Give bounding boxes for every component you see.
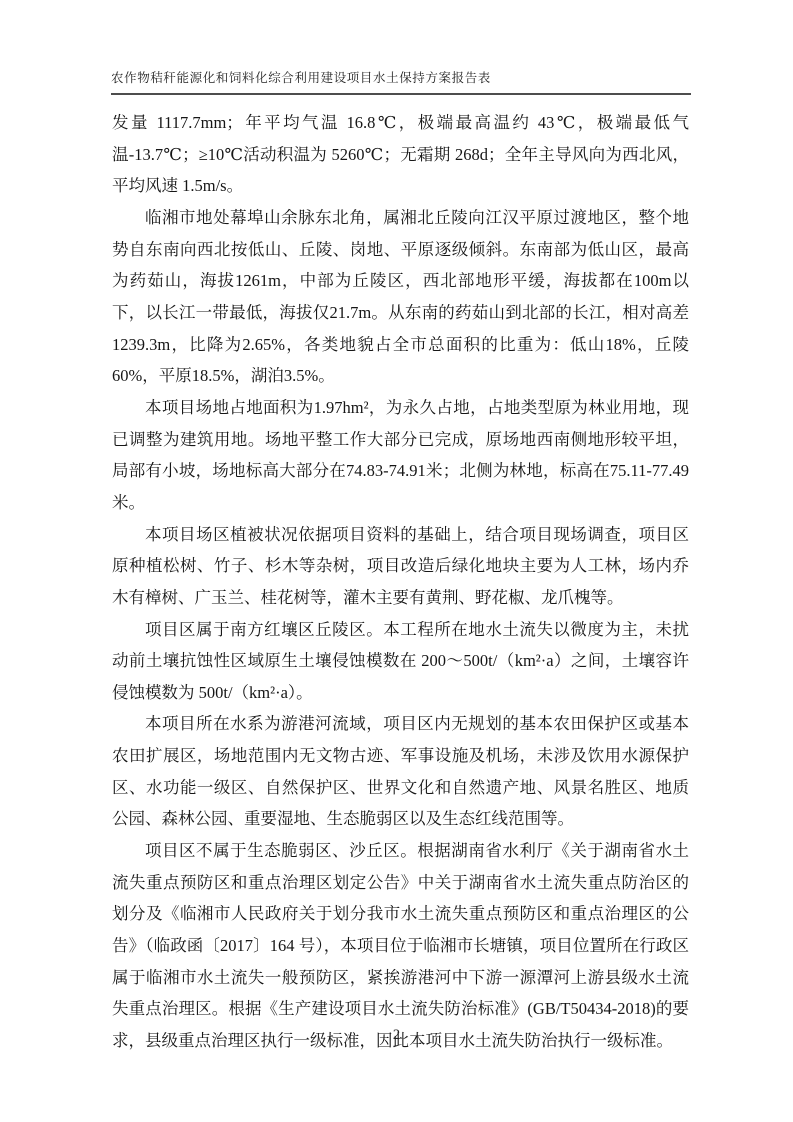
- paragraph: 临湘市地处幕埠山余脉东北角，属湘北丘陵向江汉平原过渡地区，整个地势自东南向西北按…: [112, 202, 689, 392]
- header-rule: [111, 93, 691, 95]
- paragraph: 项目区属于南方红壤区丘陵区。本工程所在地水土流失以微度为主，未扰动前土壤抗蚀性区…: [112, 614, 689, 709]
- paragraph: 本项目场地占地面积为1.97hm²，为永久占地，占地类型原为林业用地，现已调整为…: [112, 392, 689, 519]
- paragraph: 发量 1117.7mm；年平均气温 16.8℃，极端最高温约 43℃，极端最低气…: [112, 107, 689, 202]
- page-footer: 2: [0, 1026, 793, 1044]
- page-number: 2: [393, 1027, 400, 1043]
- header-title: 农作物秸秆能源化和饲料化综合利用建设项目水土保持方案报告表: [111, 70, 691, 87]
- document-page: 农作物秸秆能源化和饲料化综合利用建设项目水土保持方案报告表 发量 1117.7m…: [0, 0, 793, 1122]
- paragraph: 本项目所在水系为游港河流域，项目区内无规划的基本农田保护区或基本农田扩展区，场地…: [112, 708, 689, 835]
- document-body: 发量 1117.7mm；年平均气温 16.8℃，极端最高温约 43℃，极端最低气…: [112, 107, 689, 1057]
- page-header: 农作物秸秆能源化和饲料化综合利用建设项目水土保持方案报告表: [111, 70, 691, 95]
- paragraph: 项目区不属于生态脆弱区、沙丘区。根据湖南省水利厅《关于湖南省水土流失重点预防区和…: [112, 835, 689, 1057]
- paragraph: 本项目场区植被状况依据项目资料的基础上，结合项目现场调查，项目区原种植松树、竹子…: [112, 519, 689, 614]
